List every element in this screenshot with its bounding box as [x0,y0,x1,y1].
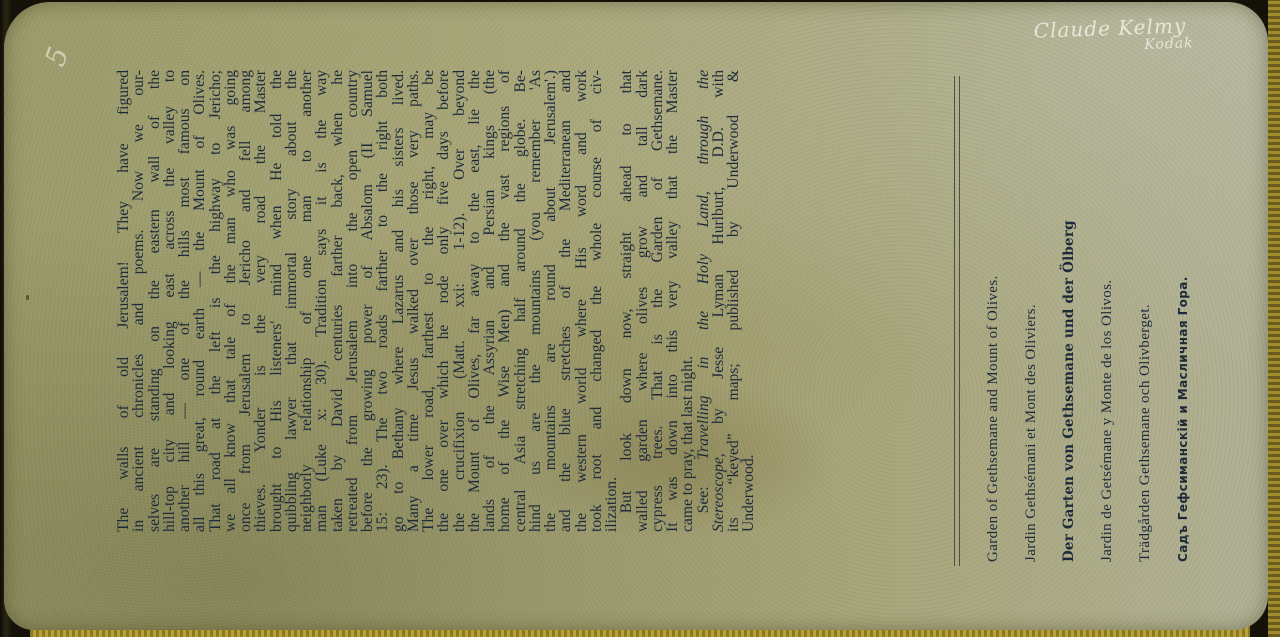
text-line: go to Bethany where Lazarus and his sist… [391,70,406,532]
title-line: Jardin de Getsémane y Monte de los Olivo… [1092,62,1122,562]
multilingual-titles: Garden of Gethsemane and Mount of Olives… [978,62,1206,562]
text-line: neighborly relationship of one man to an… [299,70,314,532]
text-line: thieves. Yonder is the very road the Mas… [253,70,268,532]
album-mount-edge-right [1268,0,1280,637]
text-line: That road at the left is the highway to … [208,70,223,532]
title-line: Jardin Gethsémani et Mont des Oliviers. [1016,62,1046,562]
text-line: taken by David centuries farther back, w… [330,70,345,532]
text-line: The walls of old Jerusalem! They have fi… [116,70,131,532]
text-line: the crucifixion (Matt. xxi: 1-12). Over … [452,70,467,532]
pinhole-mark [26,295,29,300]
text-line: the western world where His word and wor… [574,70,589,532]
text-line: all this great, round earth — the Mount … [192,70,207,532]
text-line: See: Travelling in the Holy Land, throug… [696,70,711,532]
title-line: Der Garten von Gethsemane und der Ölberg [1054,62,1084,562]
text-line: walled garden where olives grow and tall… [635,70,650,532]
text-line: in ancient chronicles and poems. Now we … [131,70,146,532]
text-line: its “keyed” maps; published by Underwood… [726,70,741,532]
text-line: lands of the Assyrian and Persian kings … [482,70,497,532]
text-line: cypress trees. That is the Garden of Get… [650,70,665,532]
text-line: It was down into this very valley that t… [665,70,680,532]
title-line: Trädgården Gethsemane och Olivberget. [1130,62,1160,562]
text-line: before the growing power of Absalom (II … [360,70,375,532]
text-line: Underwood. [741,70,756,532]
handwritten-signature: Claude Kelmy Kodak [1033,13,1194,57]
text-line: another hill — one of the hills most fam… [177,70,192,532]
text-line: Stereoscope, by Jesse Lyman Hurlburt, D.… [711,70,726,532]
description-text: The walls of old Jerusalem! They have fi… [116,70,757,532]
text-line: retreated from Jerusalem into the open c… [345,70,360,532]
text-line: and the blue stretches of the Mediterran… [558,70,573,532]
text-line: the one over which he rode only five day… [436,70,451,532]
text-line: hind us are the mountains (you remember … [528,70,543,532]
text-line: the Mount of Olives, far away to the eas… [467,70,482,532]
text-line: quibbling lawyer that immortal story abo… [284,70,299,532]
stereograph-card: 5 Claude Kelmy Kodak The walls of old Je… [4,2,1268,630]
text-line: man (Luke x: 30). Tradition says it is t… [314,70,329,532]
title-line: Garden of Gethsemane and Mount of Olives… [978,62,1008,562]
text-line: came to pray, that last night. [680,70,695,532]
text-line: the mountains are round about Jerusalem'… [543,70,558,532]
text-line: brought to His listeners' mind when He t… [269,70,284,532]
text-line: But look down now, straight ahead to tha… [619,70,634,532]
text-line: hill-top city and looking east across th… [162,70,177,532]
text-line: once from Jerusalem to Jericho and fell … [238,70,253,532]
double-rule-divider [954,76,960,566]
text-line: central Asia stretching half around the … [513,70,528,532]
text-line: 15: 23). The two roads farther to the ri… [375,70,390,532]
text-line: ilization. [604,70,619,532]
title-line: Садъ Гефсиманскій и Масличная Гора. [1168,62,1198,562]
pencil-number: 5 [38,42,75,70]
text-line: selves are standing on the eastern wall … [147,70,162,532]
text-line: we all know that tale of the man who was… [223,70,238,532]
text-line: The lower road, farthest to the right, m… [421,70,436,532]
text-line: home of the Wise Men) and the vast regio… [497,70,512,532]
text-line: took root and changed the whole course o… [589,70,604,532]
text-line: Many a time Jesus walked over those very… [406,70,421,532]
signature-subline: Kodak [1144,35,1194,53]
